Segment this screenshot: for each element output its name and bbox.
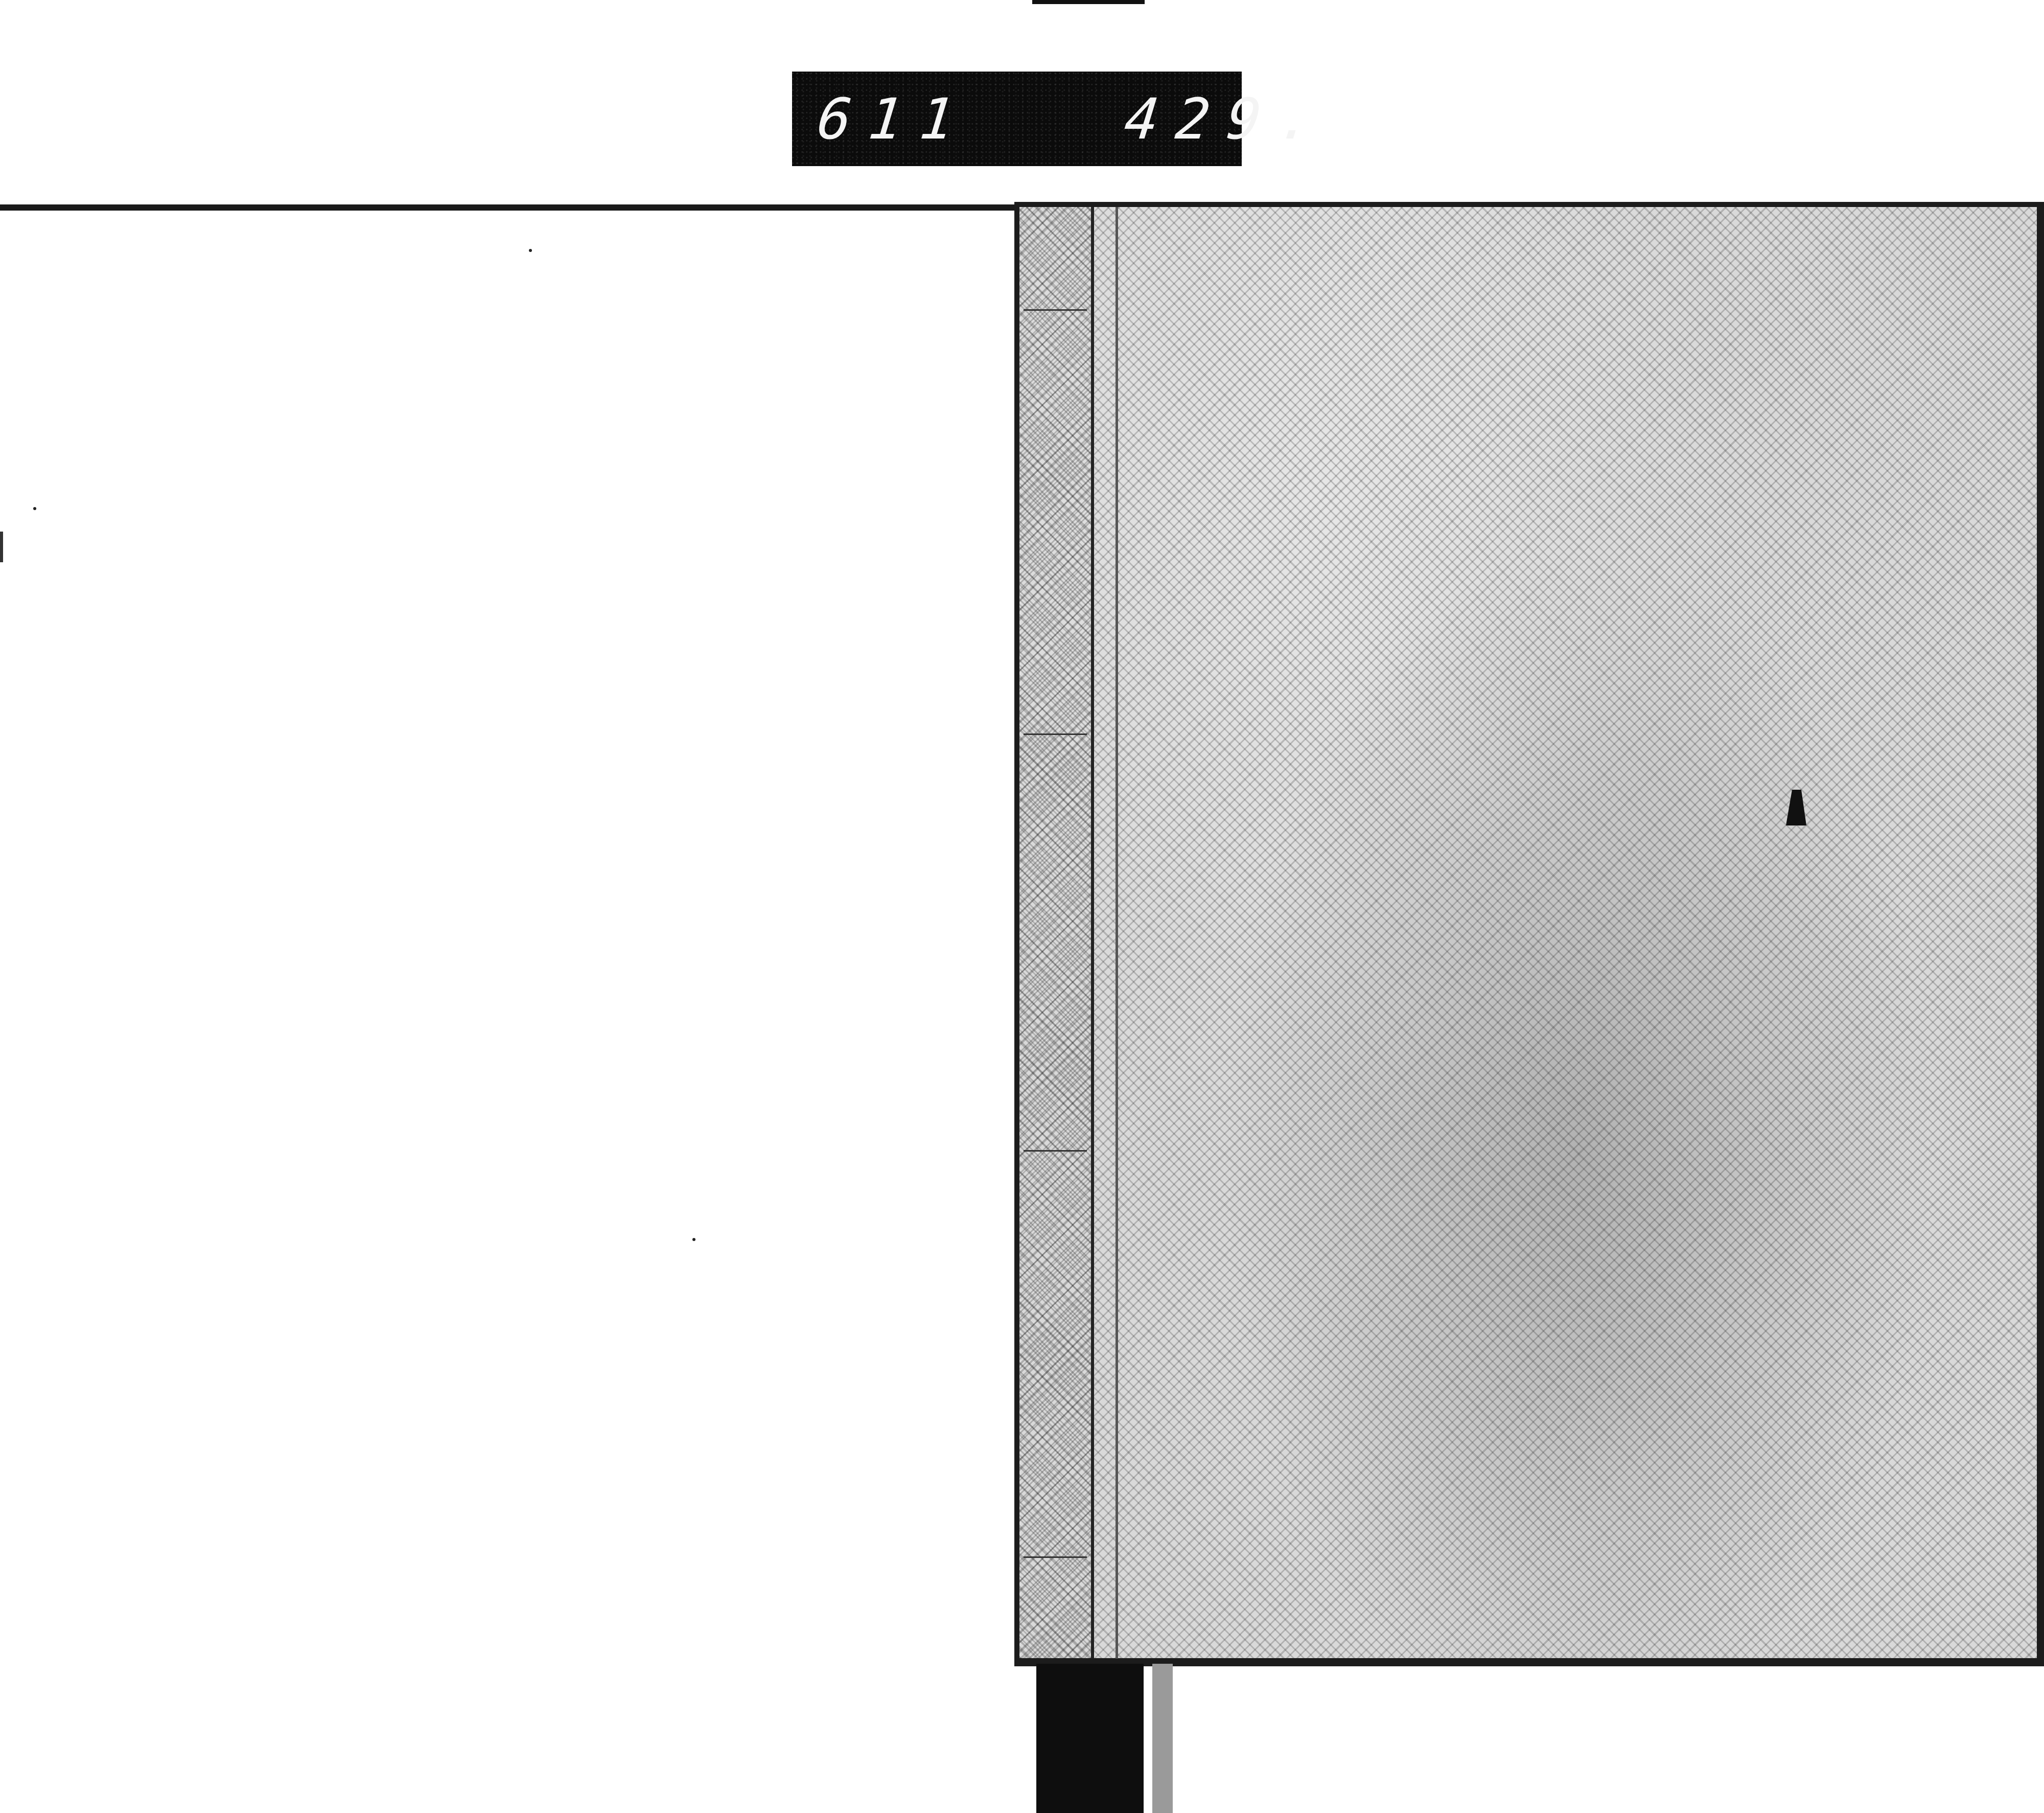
film-edge-scrap <box>1032 0 1145 4</box>
book-spine <box>1019 207 1094 1659</box>
dust-speck <box>692 1238 695 1241</box>
spine-band <box>1024 1150 1087 1152</box>
cover-pattern <box>1014 202 2044 1666</box>
spine-band <box>1024 309 1087 311</box>
dust-speck <box>33 507 36 510</box>
spine-band <box>1024 733 1087 735</box>
book-cover <box>1014 202 2044 1666</box>
spine-fold <box>1116 207 1118 1659</box>
page-top-edge <box>0 204 1022 211</box>
film-gray-strip <box>1152 1664 1173 1813</box>
dust-speck <box>529 249 532 252</box>
blank-bottom-area <box>1175 1666 2044 1813</box>
reel-frame-label: 611 429. <box>792 72 1242 166</box>
spine-band <box>1024 1556 1087 1558</box>
left-edge-mark <box>0 532 3 562</box>
blank-left-page <box>0 211 1017 1813</box>
reel-frame-number: 611 429. <box>788 86 1333 152</box>
film-dark-strip <box>1036 1664 1144 1813</box>
